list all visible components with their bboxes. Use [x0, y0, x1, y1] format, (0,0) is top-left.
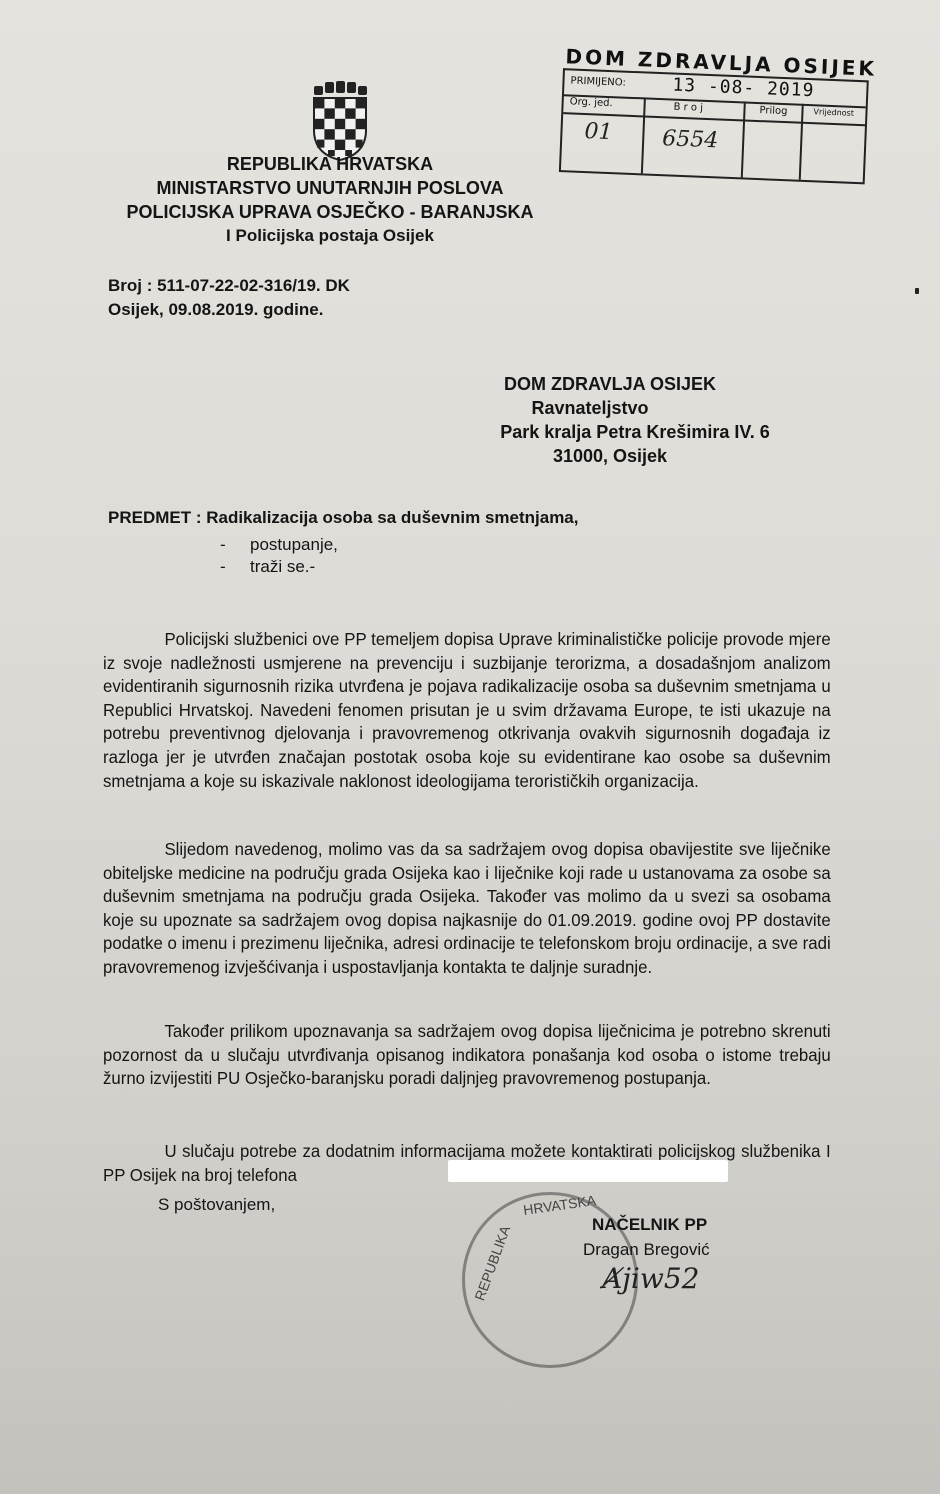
stamp-received-label: PRIMIJENO: — [570, 75, 626, 88]
subject-item: -postupanje, — [220, 535, 338, 555]
header-ministry: MINISTARSTVO UNUTARNJIH POSLOVA — [0, 178, 660, 199]
paper-speck — [915, 288, 919, 294]
body-paragraph: Policijski službenici ove PP temeljem do… — [103, 628, 831, 793]
closing-greeting: S poštovanjem, — [158, 1195, 275, 1215]
seal-text-top: HRVATSKA — [522, 1192, 597, 1218]
body-paragraph: Također prilikom upoznavanja sa sadržaje… — [103, 1020, 831, 1091]
reference-place-date: Osijek, 09.08.2019. godine. — [108, 300, 323, 320]
header-police-administration: POLICIJSKA UPRAVA OSJEČKO - BARANJSKA — [0, 202, 660, 223]
stamp-col-org-unit: Org. jed. — [569, 96, 612, 109]
stamp-received-date: 13 -08- 2019 — [672, 75, 815, 102]
croatian-coat-of-arms-icon — [308, 80, 372, 162]
header-police-station: I Policijska postaja Osijek — [0, 226, 660, 246]
seal-text-left: REPUBLIKA — [471, 1223, 513, 1302]
stamp-org-unit-value: 01 — [584, 119, 613, 145]
recipient-name: DOM ZDRAVLJA OSIJEK — [480, 374, 740, 395]
recipient-department: Ravnateljstvo — [460, 398, 720, 419]
header-republic: REPUBLIKA HRVATSKA — [0, 154, 660, 175]
subject-item: -traži se.- — [220, 557, 315, 577]
signatory-title: NAČELNIK PP — [592, 1215, 707, 1235]
recipient-street: Park kralja Petra Krešimira IV. 6 — [460, 422, 810, 443]
recipient-city: 31000, Osijek — [510, 446, 710, 467]
stamp-number-value: 6554 — [662, 126, 719, 153]
reference-number: Broj : 511-07-22-02-316/19. DK — [108, 276, 350, 296]
stamp-col-attachment: Prilog — [759, 105, 787, 117]
handwritten-signature: Ⱥjiw52 — [602, 1262, 699, 1295]
subject-line: PREDMET : Radikalizacija osoba sa duševn… — [108, 508, 579, 528]
signatory-name: Dragan Bregović — [583, 1240, 710, 1260]
stamp-col-number: B r o j — [673, 102, 703, 114]
stamp-col-value: Vrijednost — [813, 107, 854, 118]
body-paragraph: Slijedom navedenog, molimo vas da sa sad… — [103, 838, 831, 980]
redacted-phone-number — [448, 1160, 728, 1182]
